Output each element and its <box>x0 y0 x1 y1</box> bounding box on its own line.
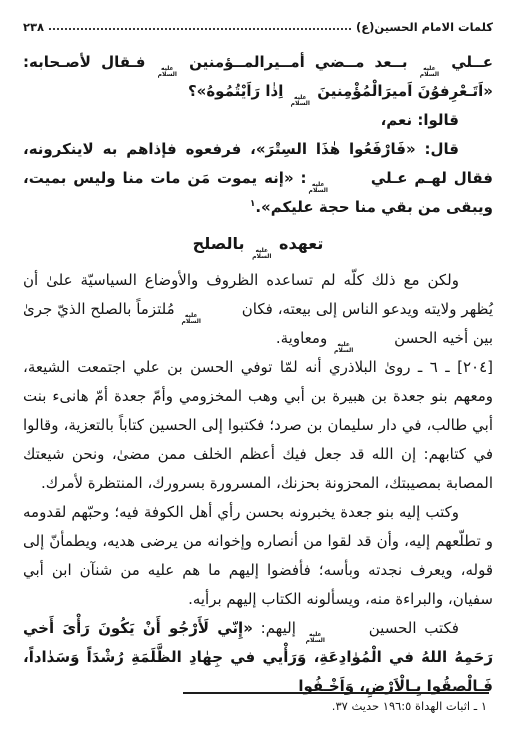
alayhis-salam-symbol: عليهالسلام <box>252 248 271 259</box>
paragraph-fakataba-alhusayn: فكتب الحسين عليهالسلام إليهم: «إِنّي لَأ… <box>23 614 493 701</box>
footnote-text: ١ ـ اثبات الهداة ١٩٦:٥ حديث ٣٧. <box>23 699 493 714</box>
alayhis-salam-symbol: عليهالسلام <box>306 632 359 643</box>
page-body: عــلي عليهالسلام بــعد مــضي أمــيرالمــ… <box>23 48 493 701</box>
alayhis-salam-symbol: عليهالسلام <box>420 66 439 77</box>
paragraph-qalu-naam: قالوا: نعم، <box>23 106 493 135</box>
footnote-ref: ١ <box>250 199 256 209</box>
footnote-area: ١ ـ اثبات الهداة ١٩٦:٥ حديث ٣٧. <box>23 692 493 714</box>
paragraph-continuation: عــلي عليهالسلام بــعد مــضي أمــيرالمــ… <box>23 48 493 106</box>
book-title: كلمات الامام الحسين(ع) <box>356 20 493 34</box>
alayhis-salam-symbol: عليهالسلام <box>334 342 387 353</box>
running-header: كلمات الامام الحسين(ع) ٢٣٨ <box>23 14 493 34</box>
section-heading: تعهده عليهالسلام بالصلح <box>23 229 493 259</box>
alayhis-salam-symbol: عليهالسلام <box>182 313 235 324</box>
footnote-separator <box>183 692 489 694</box>
alayhis-salam-symbol: عليهالسلام <box>291 95 310 106</box>
alayhis-salam-symbol: عليهالسلام <box>309 182 362 193</box>
dotted-leader <box>49 28 351 30</box>
paragraph-wakataba-banu-jaada: وكتب إليه بنو جعدة يخبرونه بحسن رأي أهل … <box>23 498 493 614</box>
alayhis-salam-symbol: عليهالسلام <box>158 66 177 77</box>
paragraph-hadith-204: [٢٠٤] ـ ٦ ـ روىٰ البلاذري أنه لمّا توفي … <box>23 353 493 498</box>
paragraph-walaken: ولكن مع ذلك كلّه لم تساعده الظروف والأوض… <box>23 266 493 353</box>
page-number: ٢٣٨ <box>23 20 44 34</box>
book-page: كلمات الامام الحسين(ع) ٢٣٨ عــلي عليهالس… <box>0 0 516 744</box>
paragraph-qala-irfau: قال: «فَارْفَعُوا هٰذَا السِتْرَ»، فرفعو… <box>23 135 493 222</box>
